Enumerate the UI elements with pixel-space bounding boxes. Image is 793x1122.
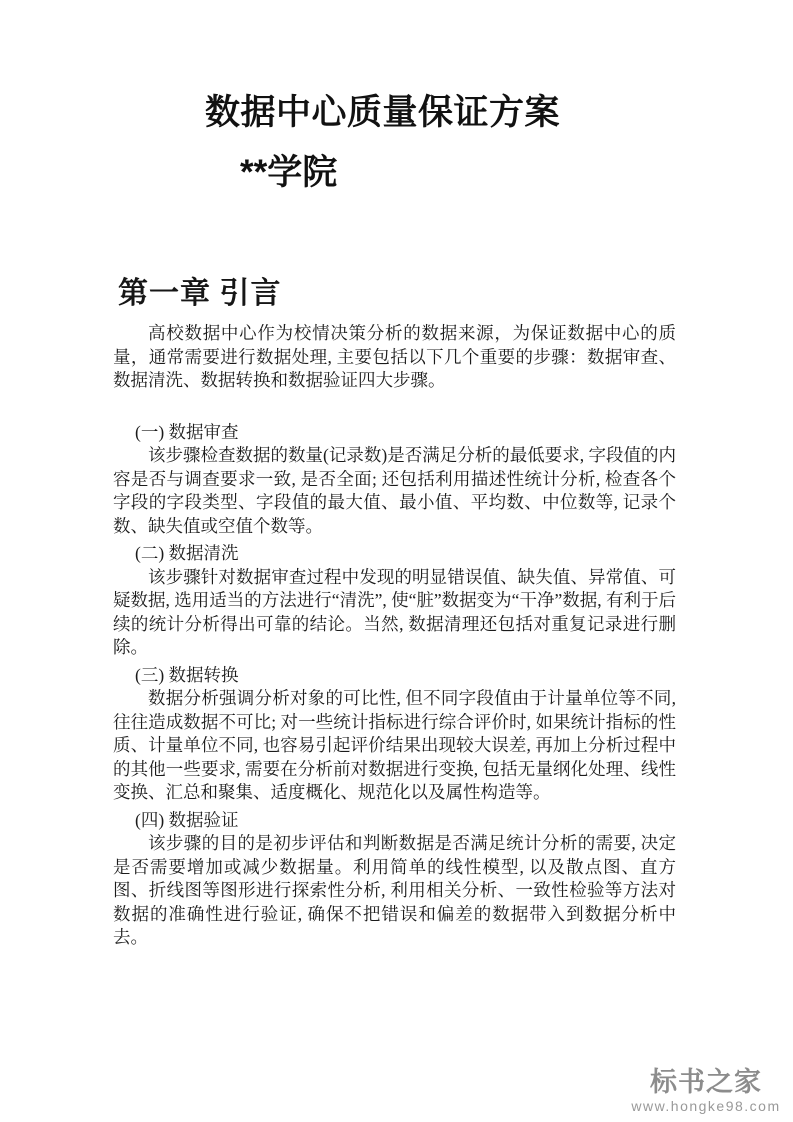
section-data-review: (一) 数据审查 该步骤检查数据的数量(记录数)是否满足分析的最低要求, 字段值… (113, 421, 676, 539)
section-data-cleaning: (二) 数据清洗 该步骤针对数据审查过程中发现的明显错误值、缺失值、异常值、可疑… (113, 542, 676, 660)
watermark-logo: 标书之家 (621, 1067, 791, 1097)
section-body-data-review: 该步骤检查数据的数量(记录数)是否满足分析的最低要求, 字段值的内容是否与调查要… (113, 444, 676, 538)
watermark-url: www.hongke98.com (621, 1098, 791, 1114)
section-data-validation: (四) 数据验证 该步骤的目的是初步评估和判断数据是否满足统计分析的需要, 决定… (113, 809, 676, 950)
document-page: 数据中心质量保证方案 **学院 第一章 引言 高校数据中心作为校情决策分析的数据… (0, 0, 793, 1122)
section-heading-data-review: (一) 数据审查 (113, 421, 676, 445)
chapter-body: 高校数据中心作为校情决策分析的数据来源，为保证数据中心的质量，通常需要进行数据处… (0, 322, 793, 950)
chapter-heading: 第一章 引言 (118, 274, 793, 314)
section-data-transformation: (三) 数据转换 数据分析强调分析对象的可比性, 但不同字段值由于计量单位等不同… (113, 664, 676, 805)
section-body-data-validation: 该步骤的目的是初步评估和判断数据是否满足统计分析的需要, 决定是否需要增加或减少… (113, 832, 676, 950)
watermark: 标书之家 www.hongke98.com (621, 1067, 791, 1114)
section-heading-data-validation: (四) 数据验证 (113, 809, 676, 833)
section-heading-data-cleaning: (二) 数据清洗 (113, 542, 676, 566)
section-body-data-transformation: 数据分析强调分析对象的可比性, 但不同字段值由于计量单位等不同, 往往造成数据不… (113, 687, 676, 805)
intro-paragraph: 高校数据中心作为校情决策分析的数据来源，为保证数据中心的质量，通常需要进行数据处… (113, 322, 676, 393)
document-title: 数据中心质量保证方案 (205, 92, 793, 134)
section-heading-data-transformation: (三) 数据转换 (113, 664, 676, 688)
document-subtitle: **学院 (240, 152, 793, 194)
section-body-data-cleaning: 该步骤针对数据审查过程中发现的明显错误值、缺失值、异常值、可疑数据, 选用适当的… (113, 566, 676, 660)
